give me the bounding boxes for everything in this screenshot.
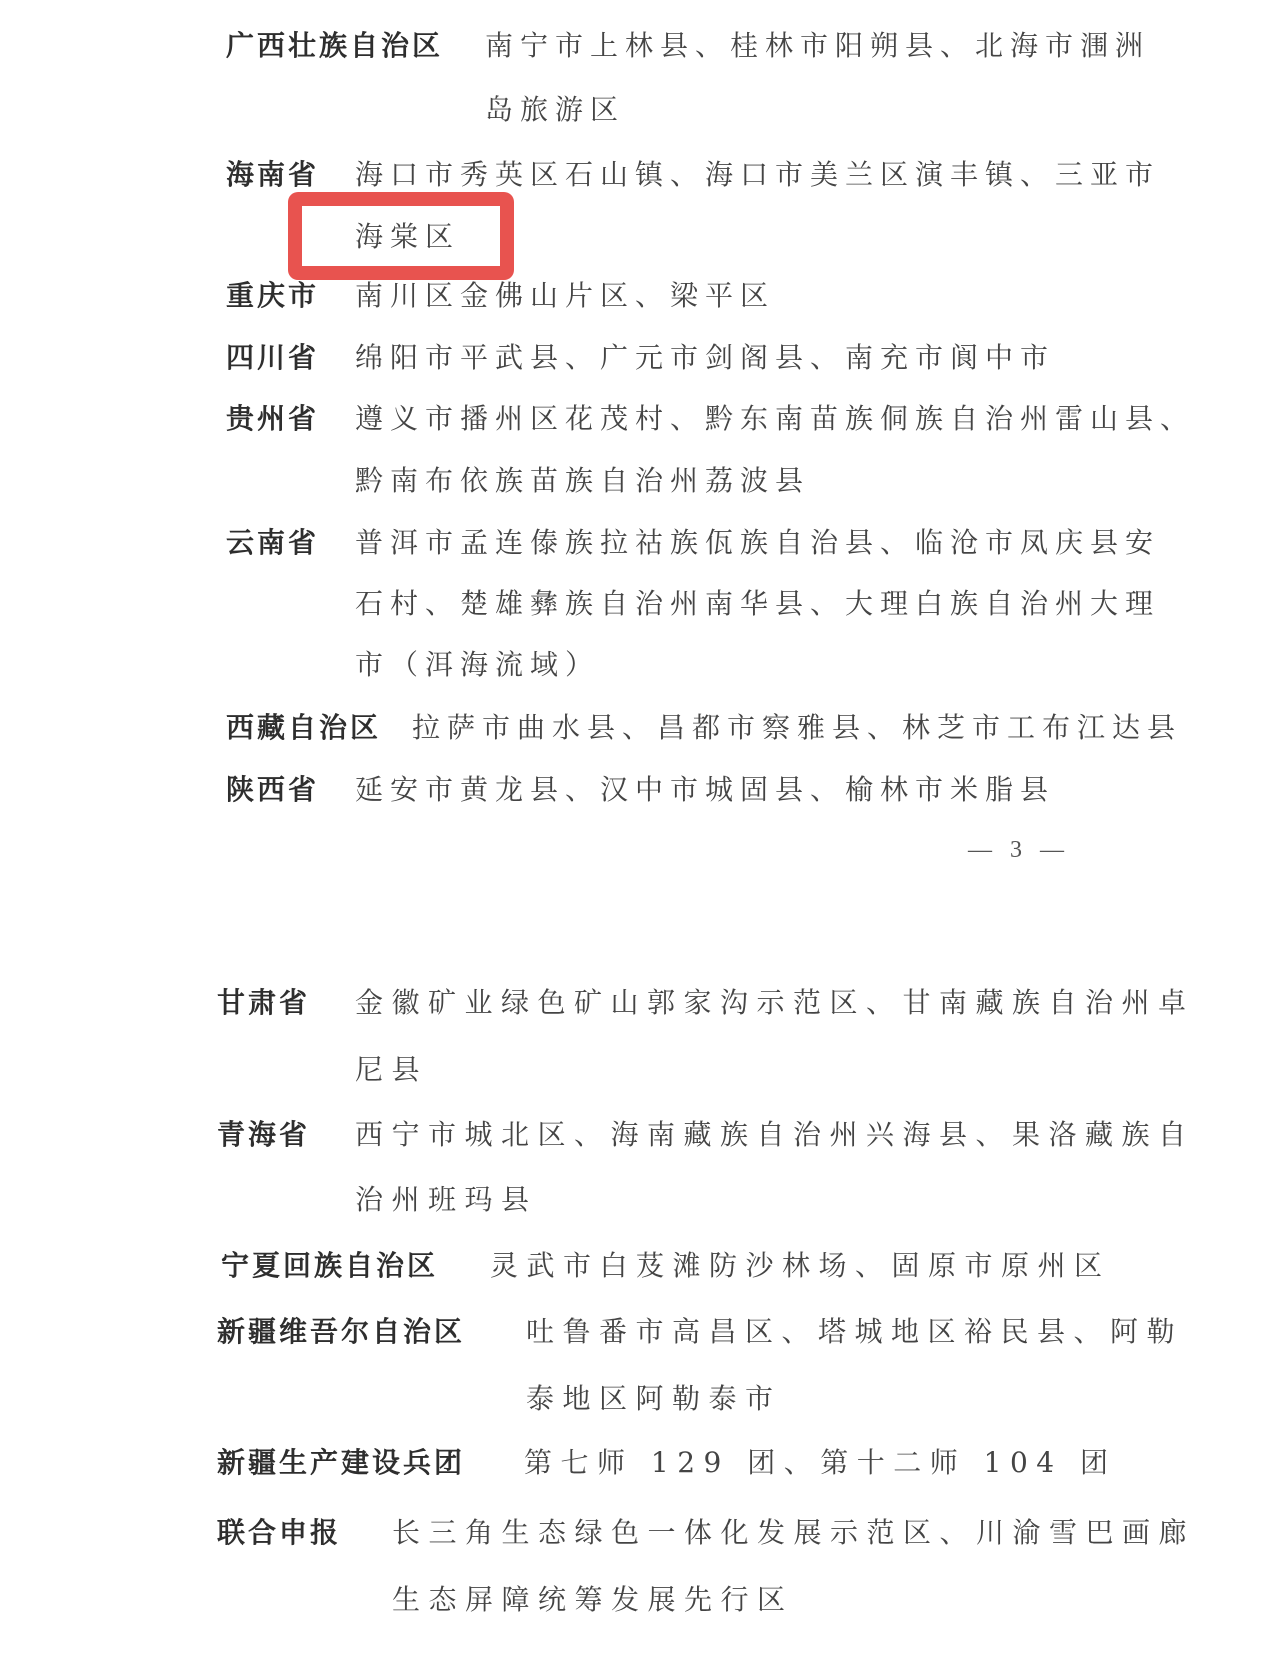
region-content-sichuan-line1: 绵阳市平武县、广元市剑阁县、南充市阆中市 — [355, 340, 1055, 376]
region-content-shaanxi-line1: 延安市黄龙县、汉中市城固县、榆林市米脂县 — [355, 772, 1055, 808]
region-label-hainan: 海南省 — [226, 157, 319, 193]
region-content-guizhou-line2: 黔南布依族苗族自治州荔波县 — [355, 463, 810, 499]
region-content-ningxia-line1: 灵武市白芨滩防沙林场、固原市原州区 — [490, 1248, 1111, 1284]
region-content-tibet-line1: 拉萨市曲水县、昌都市察雅县、林芝市工布江达县 — [412, 710, 1182, 746]
region-content-guangxi-line1: 南宁市上林县、桂林市阳朔县、北海市涠洲 — [485, 28, 1150, 64]
region-label-yunnan: 云南省 — [226, 525, 319, 561]
region-label-gansu: 甘肃省 — [217, 985, 310, 1021]
region-content-chongqing-line1: 南川区金佛山片区、梁平区 — [355, 278, 775, 314]
region-label-xpcc: 新疆生产建设兵团 — [217, 1445, 465, 1481]
region-content-yunnan-line1: 普洱市孟连傣族拉祜族佤族自治县、临沧市凤庆县安 — [355, 525, 1160, 561]
region-content-guangxi-line2: 岛旅游区 — [485, 92, 625, 128]
region-content-xinjiang-line2: 泰地区阿勒泰市 — [526, 1381, 782, 1417]
region-label-sichuan: 四川省 — [226, 340, 319, 376]
region-content-hainan-line1: 海口市秀英区石山镇、海口市美兰区演丰镇、三亚市 — [355, 157, 1160, 193]
region-label-shaanxi: 陕西省 — [226, 772, 319, 808]
region-content-yunnan-line3: 市（洱海流域） — [355, 647, 600, 683]
region-content-gansu-line2: 尼县 — [355, 1052, 428, 1088]
page-number: — 3 — — [968, 835, 1066, 865]
region-content-xpcc-line1: 第七师 129 团、第十二师 104 团 — [524, 1445, 1117, 1481]
region-content-xinjiang-line1: 吐鲁番市高昌区、塔城地区裕民县、阿勒 — [526, 1314, 1183, 1350]
region-content-qinghai-line2: 治州班玛县 — [355, 1182, 538, 1218]
region-content-yunnan-line2: 石村、楚雄彝族自治州南华县、大理白族自治州大理 — [355, 586, 1160, 622]
region-content-qinghai-line1: 西宁市城北区、海南藏族自治州兴海县、果洛藏族自 — [355, 1117, 1195, 1153]
region-content-joint-application-line1: 长三角生态绿色一体化发展示范区、川渝雪巴画廊 — [392, 1515, 1195, 1551]
region-content-guizhou-line1: 遵义市播州区花茂村、黔东南苗族侗族自治州雷山县、 — [355, 401, 1195, 437]
region-label-chongqing: 重庆市 — [226, 278, 319, 314]
region-label-joint-application: 联合申报 — [217, 1515, 341, 1551]
region-label-qinghai: 青海省 — [217, 1117, 310, 1153]
region-label-ningxia: 宁夏回族自治区 — [221, 1248, 438, 1284]
region-label-xinjiang: 新疆维吾尔自治区 — [217, 1314, 465, 1350]
region-label-guizhou: 贵州省 — [226, 401, 319, 437]
region-label-guangxi: 广西壮族自治区 — [226, 28, 443, 64]
red-highlight-box — [288, 192, 514, 280]
region-content-gansu-line1: 金徽矿业绿色矿山郭家沟示范区、甘南藏族自治州卓 — [355, 985, 1195, 1021]
region-content-joint-application-line2: 生态屏障统筹发展先行区 — [392, 1582, 794, 1618]
region-label-tibet: 西藏自治区 — [226, 710, 381, 746]
